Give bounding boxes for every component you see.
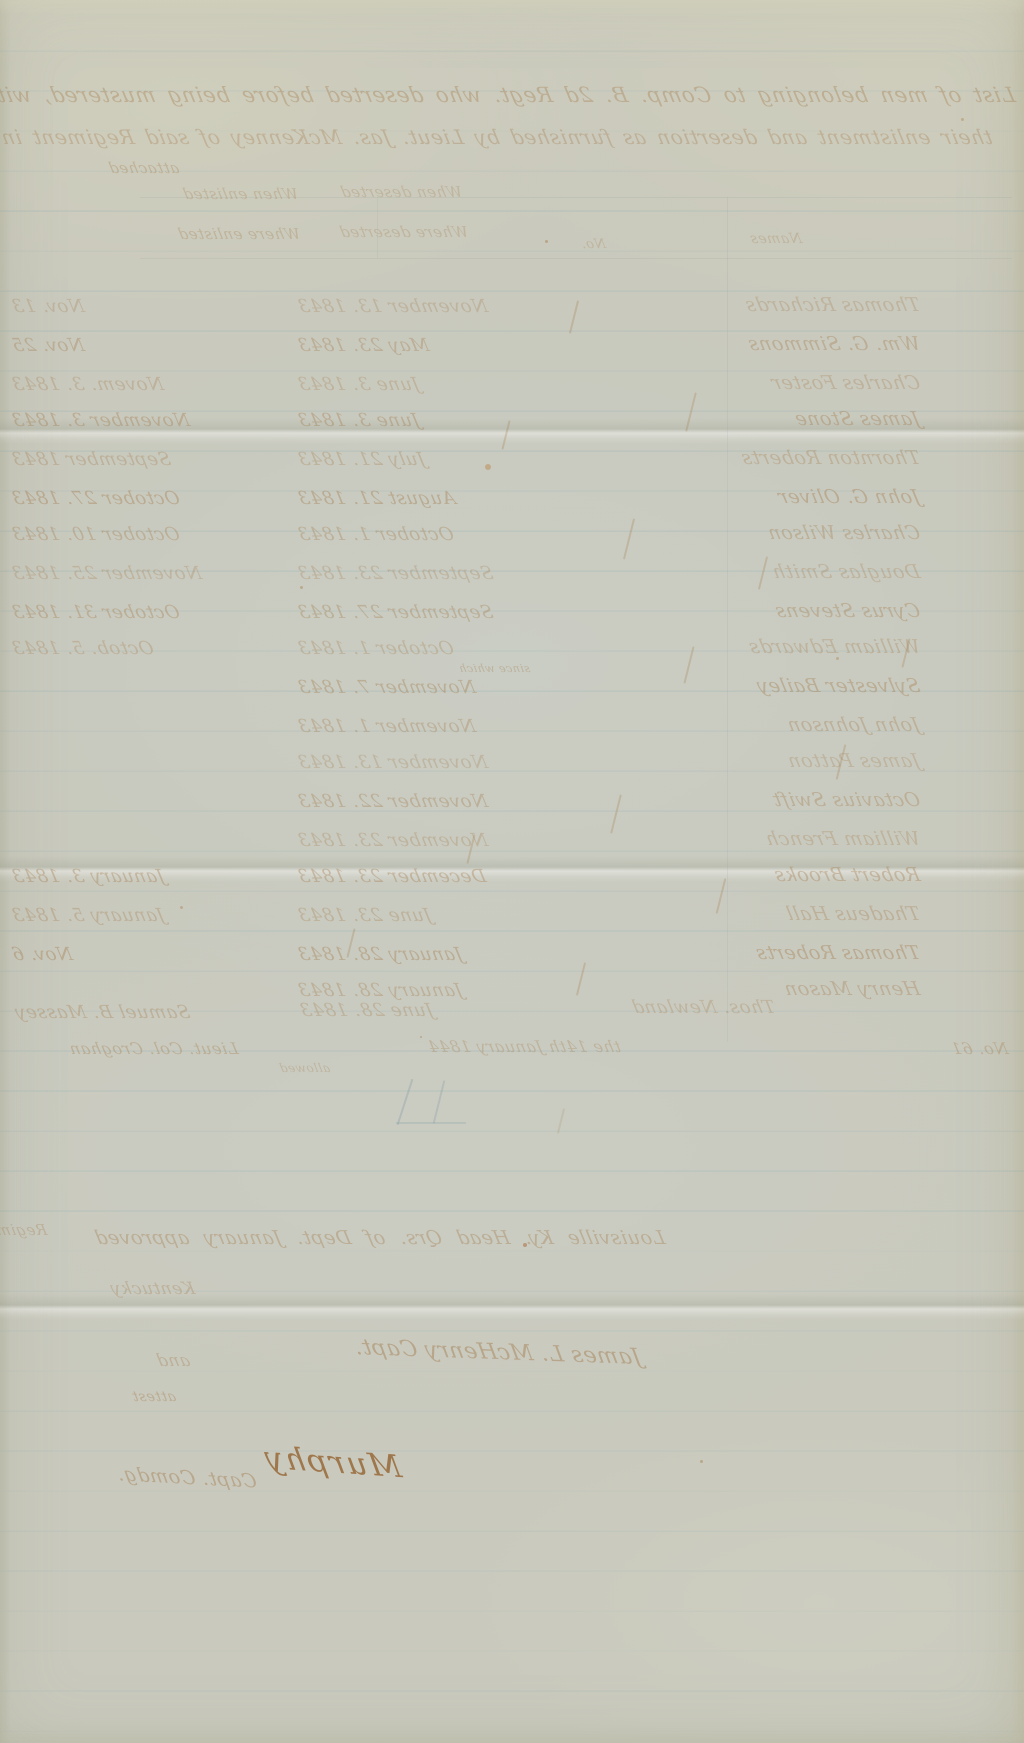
- bleed-colhead-when-deserted: When deserted: [300, 184, 464, 201]
- bleed-roster-deserted: September 1843: [10, 450, 232, 470]
- bleed-roster-deserted: January 5. 1843: [10, 906, 232, 926]
- bleed-fragment: Samuel B. Massey: [13, 1003, 207, 1023]
- bleed-roster-deserted: Octob. 5. 1843: [10, 639, 232, 659]
- bleed-roster-enlisted: September 27. 1843: [296, 603, 562, 623]
- stray-ink-stroke: [758, 556, 768, 589]
- stray-ink-stroke: [466, 834, 475, 864]
- bleed-roster-enlisted: June 3. 1843: [296, 375, 562, 395]
- bleed-roster-name: Henry Mason: [628, 979, 922, 1000]
- bleed-signature-2-main: Murphy: [246, 1440, 404, 1484]
- bleed-header-line1: List of men belonging to Comp. B. 2d Reg…: [8, 84, 1018, 107]
- bleed-colhead-names: Names: [730, 232, 803, 247]
- bleed-roster-name: Octavius Swift: [628, 790, 922, 811]
- ruled-lines-strong-band: [0, 180, 1024, 1240]
- bleed-roster-enlisted: November 13. 1843: [296, 297, 562, 317]
- bleed-roster-name: Thadeus Hall: [628, 904, 922, 925]
- manuscript-page: List of men belonging to Comp. B. 2d Reg…: [0, 0, 1024, 1743]
- bleed-roster-enlisted: October 1. 1843: [296, 525, 562, 545]
- stray-ink-stroke: [836, 744, 847, 779]
- bleed-roster-name: Thomas Roberts: [628, 943, 922, 964]
- bleed-roster-name: Thornton Roberts: [628, 448, 922, 469]
- stray-ink-stroke: [901, 638, 910, 668]
- bleed-roster-deserted: November 3. 1843: [10, 411, 232, 431]
- bleed-roster-name: Charles Foster: [628, 373, 922, 394]
- bleed-fragment: June 28. 1843: [298, 1001, 547, 1021]
- ink-speck: [700, 1460, 703, 1463]
- bleed-roster-name: James Stone: [628, 409, 922, 430]
- bleed-roster-name: John Johnson: [628, 715, 922, 736]
- ruled-lines: [0, 0, 1024, 1743]
- bleed-through-writing-layer: List of men belonging to Comp. B. 2d Reg…: [0, 0, 1024, 1743]
- pencil-ghost-mark: [392, 1078, 482, 1130]
- bleed-colhead-when-enlisted: When enlisted: [133, 186, 300, 203]
- table-rule-horizontal: [140, 197, 1012, 198]
- bleed-header-line2: their enlistment and desertion as furnis…: [10, 126, 995, 148]
- fold-crease: [0, 418, 1024, 444]
- bleed-roster-deserted: October 31. 1843: [10, 603, 232, 623]
- ink-speck: [545, 240, 548, 243]
- bleed-fragment: Lieut. Col. Croghan: [76, 1040, 240, 1058]
- bleed-signature-2-left: Capt. Comdg.: [119, 1464, 259, 1492]
- bleed-colhead-where-deserted: Where deserted: [301, 224, 470, 241]
- ink-speck: [836, 657, 839, 660]
- fold-crease: [0, 1294, 1024, 1320]
- bleed-roster-enlisted: May 23. 1843: [296, 336, 562, 356]
- bleed-note-line2: Kentucky: [13, 1280, 197, 1299]
- bleed-roster-name: John G. Oliver: [628, 487, 922, 508]
- bleed-roster-name: Sylvester Bailey: [628, 676, 922, 697]
- bleed-roster-deserted: November 25. 1843: [10, 564, 232, 584]
- bleed-roster-name: Robert Brooks: [628, 865, 922, 886]
- bleed-roster-enlisted: November 7. 1843: [296, 678, 562, 698]
- bleed-roster-enlisted: December 23. 1843: [296, 867, 562, 887]
- paper-mottle: [0, 0, 1024, 1743]
- stray-ink-stroke: [610, 794, 622, 833]
- bleed-roster-deserted: October 10. 1843: [10, 525, 232, 545]
- bleed-fragment: the 14th January 1844: [426, 1038, 702, 1056]
- table-rule-vertical: [377, 197, 378, 258]
- bleed-roster-name: William Edwards: [628, 637, 922, 658]
- bleed-roster-enlisted: November 1. 1843: [296, 717, 562, 737]
- bleed-colhead-no: No.: [554, 238, 607, 252]
- bleed-colhead-where-enlisted: Where enlisted: [131, 226, 302, 243]
- bleed-roster-name: Douglas Smith: [628, 562, 922, 583]
- bleed-roster-enlisted: November 23. 1843: [296, 831, 562, 851]
- bleed-fragment: Thos. Newland: [628, 998, 777, 1018]
- bleed-roster-deserted: Nov. 13: [10, 297, 232, 317]
- bleed-roster-enlisted: January 28. 1843: [296, 945, 562, 965]
- bleed-roster-enlisted: November 22. 1843: [296, 792, 562, 812]
- ink-speck: [523, 1243, 527, 1247]
- bleed-fragment: No. 61: [924, 1040, 1010, 1058]
- table-rule-horizontal: [140, 258, 1012, 259]
- bleed-signature-1: James L. McHenry Capt.: [292, 1334, 644, 1370]
- bleed-roster-enlisted: January 28. 1843: [296, 981, 562, 1001]
- scan-vignette: [0, 0, 1024, 1743]
- bleed-roster-name: James Patton: [628, 751, 922, 772]
- bleed-roster-enlisted: July 21. 1843: [296, 450, 562, 470]
- bleed-roster-enlisted: August 21. 1843: [296, 489, 562, 509]
- stray-ink-stroke: [685, 392, 697, 431]
- ink-speck: [300, 586, 303, 589]
- bleed-signature-lead: and: [118, 1352, 192, 1371]
- ink-speck: [485, 464, 491, 470]
- stray-ink-stroke: [623, 518, 635, 559]
- bleed-roster-deserted: October 27. 1843: [10, 489, 232, 509]
- stray-ink-stroke: [557, 1108, 565, 1134]
- bleed-note-line1: Louisville Ky. Head Qrs. of Dept. Januar…: [13, 1228, 667, 1249]
- bleed-note-margin: Regiment: [0, 1222, 49, 1239]
- stray-ink-stroke: [346, 928, 355, 958]
- bleed-roster-name: Wm. G. Simmons: [628, 334, 922, 355]
- stray-ink-stroke: [501, 420, 510, 450]
- bleed-roster-deserted: Nov. 6: [10, 945, 232, 965]
- bleed-roster-enlisted: October 1. 1843: [296, 639, 562, 659]
- bleed-fragment: allowed: [269, 1062, 332, 1075]
- bleed-roster-enlisted: June 23. 1843: [296, 906, 562, 926]
- bleed-roster-name: Thomas Richards: [628, 295, 922, 316]
- bleed-roster-deserted: Nov. 25: [10, 336, 232, 356]
- fold-crease: [0, 856, 1024, 882]
- stray-ink-stroke: [716, 878, 727, 913]
- bleed-header-line3: attached: [97, 160, 181, 177]
- stray-ink-stroke: [576, 962, 586, 995]
- bleed-roster-name: Cyrus Stevens: [628, 601, 922, 622]
- ink-speck: [961, 118, 964, 121]
- bleed-roster-enlisted: September 23. 1843: [296, 564, 562, 584]
- table-rule-vertical: [727, 197, 728, 1042]
- bleed-roster-name: William French: [628, 829, 922, 850]
- stray-ink-stroke: [683, 646, 694, 683]
- ink-speck: [420, 1036, 422, 1038]
- ink-speck: [180, 906, 183, 909]
- bleed-roster-name: Charles Wilson: [628, 523, 922, 544]
- bleed-roster-deserted: January 3. 1843: [10, 867, 232, 887]
- bleed-interline-note: since which: [439, 663, 532, 675]
- stray-ink-stroke: [569, 300, 579, 333]
- bleed-roster-enlisted: June 3. 1843: [296, 411, 562, 431]
- bleed-signature-attest: attest: [119, 1390, 177, 1405]
- bleed-roster-enlisted: November 13. 1843: [296, 753, 562, 773]
- bleed-roster-deserted: Novem. 3. 1843: [10, 375, 232, 395]
